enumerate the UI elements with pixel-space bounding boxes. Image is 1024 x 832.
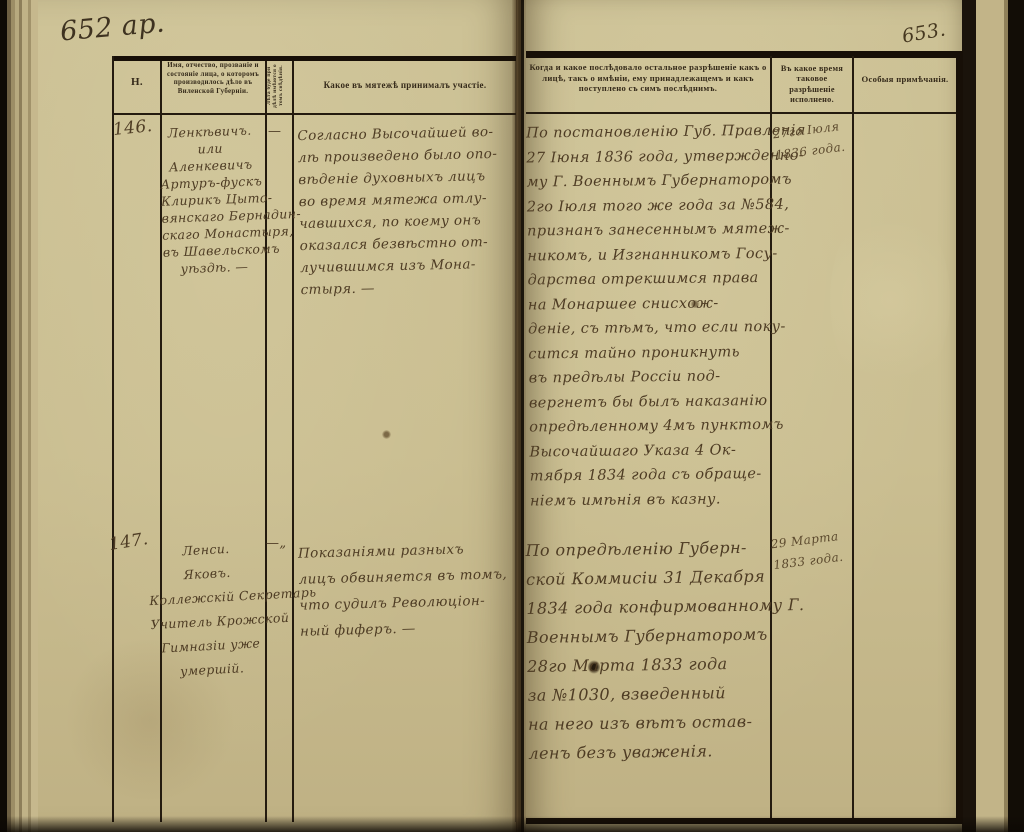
- entry-146-time: 27го Іюля1836 года.: [772, 116, 847, 166]
- entry-146-age: —: [268, 124, 281, 139]
- header-participation: Какое въ мятежѣ принималъ участіе.: [296, 80, 514, 91]
- grid-line: [292, 61, 294, 822]
- header-number: Н.: [114, 76, 160, 90]
- entry-146-number: 146.: [112, 116, 153, 140]
- right-page-edge-stack: [962, 0, 1024, 832]
- book-gutter-line: [518, 0, 521, 832]
- grid-line: [515, 61, 516, 822]
- grid-line: [112, 56, 516, 61]
- entry-147-participation: Показаніями разныхълицъ обвиняется въ то…: [298, 535, 509, 644]
- entry-146-participation: Согласно Высочайшей во-лѣ произведено бы…: [297, 121, 500, 301]
- left-page-edge-stack: [0, 0, 40, 832]
- header-time: Въ какое время таковое разрѣшеніе исполн…: [774, 64, 850, 105]
- header-name: Имя, отчество, прозваніе и состояніе лиц…: [163, 62, 263, 97]
- grid-line: [112, 56, 114, 822]
- entry-147-age: —„: [266, 536, 287, 551]
- entry-147-name: Ленси.Яковъ.Коллежскій СекретарьУчитель …: [146, 535, 271, 685]
- grid-line: [526, 818, 963, 824]
- grid-line: [526, 51, 963, 58]
- scanned-ledger-spread: 652 ар. 653. Н. Имя, отчество, прозваніе…: [0, 0, 1024, 832]
- grid-line: [265, 61, 267, 822]
- header-resolution: Когда и какое послѣдовало остальное разр…: [528, 62, 768, 94]
- header-remarks: Особыя примѣчанія.: [856, 74, 954, 85]
- grid-line: [526, 112, 958, 114]
- grid-line: [852, 56, 854, 822]
- entry-147-resolution: По опредѣленію Губерн-ской Коммисіи 31 Д…: [525, 532, 806, 768]
- entry-147-time: 29 Марта1833 года.: [770, 526, 845, 576]
- grid-line: [956, 51, 963, 824]
- header-age: Лѣта буде при дѣлѣ имѣются о томъ свѣдѣн…: [267, 60, 291, 112]
- grid-line: [112, 113, 516, 115]
- entry-146-name: Ленкѣвичъ.илиАленкевичъАртуръ-фускъКлири…: [158, 121, 265, 277]
- entry-146-resolution: По постановленію Губ. Правленія27 Іюня 1…: [526, 119, 810, 514]
